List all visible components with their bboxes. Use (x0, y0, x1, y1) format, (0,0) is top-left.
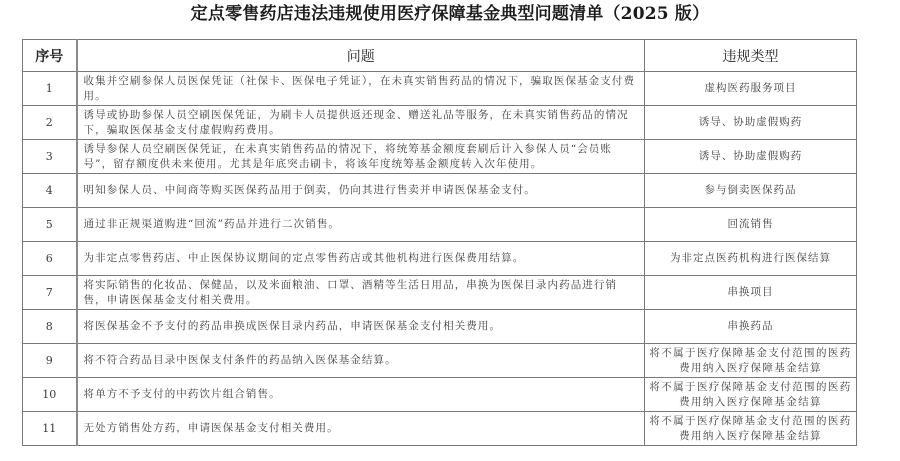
row-index: 1 (23, 72, 77, 106)
row-issue: 为非定点零售药店、中止医保协议期间的定点零售药店或其他机构进行医保费用结算。 (77, 242, 645, 276)
row-violation-type: 诱导、协助虚假购药 (645, 140, 857, 174)
table-header-row: 序号 问题 违规类型 (23, 40, 857, 72)
row-issue: 明知参保人员、中间商等购买医保药品用于倒卖，仍向其进行售卖并申请医保基金支付。 (77, 174, 645, 208)
row-index: 6 (23, 242, 77, 276)
row-violation-type: 虚构医药服务项目 (645, 72, 857, 106)
column-header-index: 序号 (23, 40, 77, 72)
table-row: 2 诱导或协助参保人员空刷医保凭证，为刷卡人员提供返还现金、赠送礼品等服务，在未… (23, 106, 857, 140)
table-row: 4 明知参保人员、中间商等购买医保药品用于倒卖，仍向其进行售卖并申请医保基金支付… (23, 174, 857, 208)
row-index: 3 (23, 140, 77, 174)
column-header-issue: 问题 (77, 40, 645, 72)
row-index: 10 (23, 378, 77, 412)
table-row: 3 诱导参保人员空刷医保凭证，在未真实销售药品的情况下，将统筹基金额度套刷后计入… (23, 140, 857, 174)
row-violation-type: 参与倒卖医保药品 (645, 174, 857, 208)
row-violation-type: 将不属于医疗保障基金支付范围的医药费用纳入医疗保障基金结算 (645, 344, 857, 378)
row-issue: 无处方销售处方药，申请医保基金支付相关费用。 (77, 412, 645, 446)
table-row: 1 收集并空刷参保人员医保凭证（社保卡、医保电子凭证），在未真实销售药品的情况下… (23, 72, 857, 106)
row-issue: 将实际销售的化妆品、保健品，以及米面粮油、口罩、酒精等生活日用品，串换为医保目录… (77, 276, 645, 310)
row-violation-type: 为非定点医药机构进行医保结算 (645, 242, 857, 276)
row-issue: 通过非正规渠道购进“回流”药品并进行二次销售。 (77, 208, 645, 242)
row-issue: 诱导参保人员空刷医保凭证，在未真实销售药品的情况下，将统筹基金额度套刷后计入参保… (77, 140, 645, 174)
row-issue: 将单方不予支付的中药饮片组合销售。 (77, 378, 645, 412)
row-index: 9 (23, 344, 77, 378)
row-violation-type: 串换药品 (645, 310, 857, 344)
row-violation-type: 诱导、协助虚假购药 (645, 106, 857, 140)
page-title: 定点零售药店违法违规使用医疗保障基金典型问题清单（2025 版） (0, 2, 900, 26)
table-row: 11 无处方销售处方药，申请医保基金支付相关费用。 将不属于医疗保障基金支付范围… (23, 412, 857, 446)
table-row: 6 为非定点零售药店、中止医保协议期间的定点零售药店或其他机构进行医保费用结算。… (23, 242, 857, 276)
row-issue: 收集并空刷参保人员医保凭证（社保卡、医保电子凭证），在未真实销售药品的情况下，骗… (77, 72, 645, 106)
row-violation-type: 将不属于医疗保障基金支付范围的医药费用纳入医疗保障基金结算 (645, 412, 857, 446)
row-issue: 诱导或协助参保人员空刷医保凭证，为刷卡人员提供返还现金、赠送礼品等服务，在未真实… (77, 106, 645, 140)
table-row: 7 将实际销售的化妆品、保健品，以及米面粮油、口罩、酒精等生活日用品，串换为医保… (23, 276, 857, 310)
row-issue: 将不符合药品目录中医保支付条件的药品纳入医保基金结算。 (77, 344, 645, 378)
violations-table-container: 序号 问题 违规类型 1 收集并空刷参保人员医保凭证（社保卡、医保电子凭证），在… (22, 39, 856, 446)
row-violation-type: 回流销售 (645, 208, 857, 242)
row-index: 7 (23, 276, 77, 310)
column-header-type: 违规类型 (645, 40, 857, 72)
row-violation-type: 将不属于医疗保障基金支付范围的医药费用纳入医疗保障基金结算 (645, 378, 857, 412)
row-index: 5 (23, 208, 77, 242)
row-index: 4 (23, 174, 77, 208)
row-issue: 将医保基金不予支付的药品串换成医保目录内药品，申请医保基金支付相关费用。 (77, 310, 645, 344)
table-row: 10 将单方不予支付的中药饮片组合销售。 将不属于医疗保障基金支付范围的医药费用… (23, 378, 857, 412)
table-row: 8 将医保基金不予支付的药品串换成医保目录内药品，申请医保基金支付相关费用。 串… (23, 310, 857, 344)
row-index: 11 (23, 412, 77, 446)
row-index: 8 (23, 310, 77, 344)
row-index: 2 (23, 106, 77, 140)
table-row: 5 通过非正规渠道购进“回流”药品并进行二次销售。 回流销售 (23, 208, 857, 242)
table-row: 9 将不符合药品目录中医保支付条件的药品纳入医保基金结算。 将不属于医疗保障基金… (23, 344, 857, 378)
row-violation-type: 串换项目 (645, 276, 857, 310)
violations-table: 序号 问题 违规类型 1 收集并空刷参保人员医保凭证（社保卡、医保电子凭证），在… (22, 39, 857, 446)
